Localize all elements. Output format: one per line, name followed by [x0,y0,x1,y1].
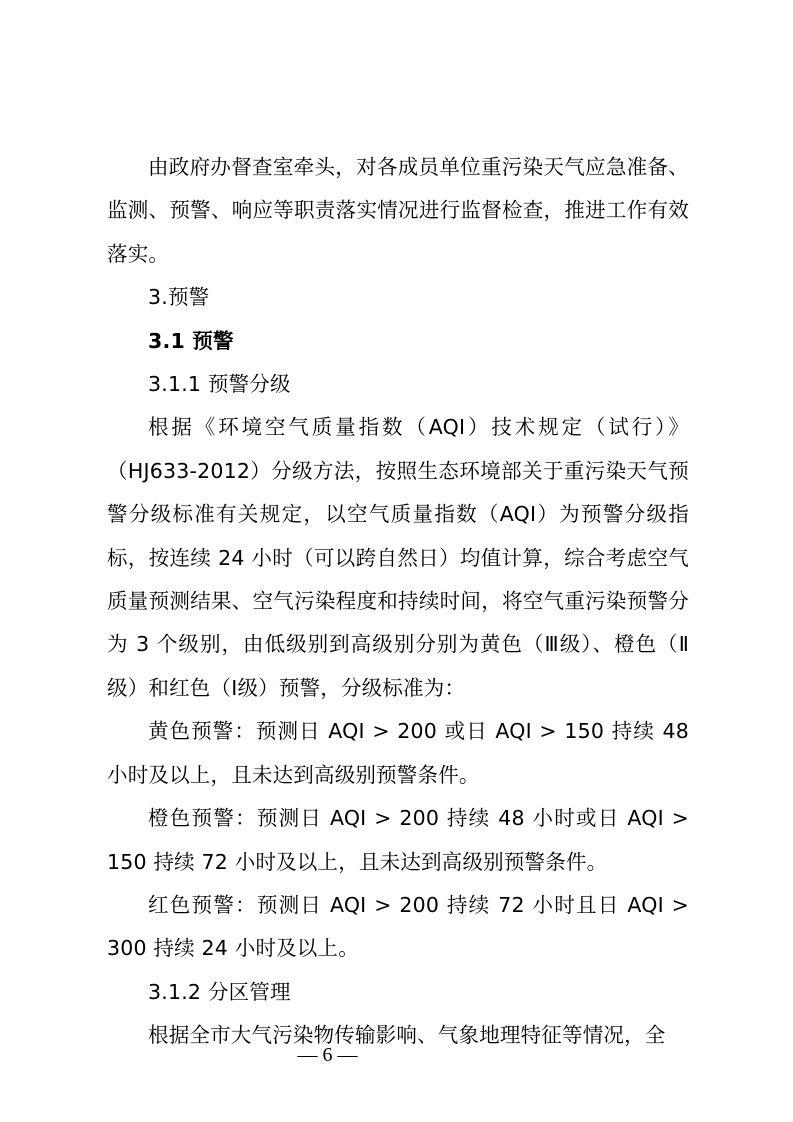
heading-section-3: 3.预警 [107,276,689,319]
paragraph-red-warning: 红色预警：预测日 AQI > 200 持续 72 小时且日 AQI > 300 … [107,884,689,971]
document-body: 由政府办督查室牵头，对各成员单位重污染天气应急准备、监测、预警、响应等职责落实情… [107,146,689,1058]
heading-section-3-1-2: 3.1.2 分区管理 [107,971,689,1014]
paragraph-warning-levels: 根据《环境空气质量指数（AQI）技术规定（试行）》（HJ633-2012）分级方… [107,406,689,710]
paragraph-yellow-warning: 黄色预警：预测日 AQI > 200 或日 AQI > 150 持续 48 小时… [107,710,689,797]
page-number: — 6 — [0,1044,655,1067]
document-page: 由政府办督查室牵头，对各成员单位重污染天气应急准备、监测、预警、响应等职责落实情… [0,0,793,1122]
paragraph-orange-warning: 橙色预警：预测日 AQI > 200 持续 48 小时或日 AQI > 150 … [107,797,689,884]
paragraph-supervision: 由政府办督查室牵头，对各成员单位重污染天气应急准备、监测、预警、响应等职责落实情… [107,146,689,276]
heading-section-3-1: 3.1 预警 [107,320,689,363]
heading-section-3-1-1: 3.1.1 预警分级 [107,363,689,406]
